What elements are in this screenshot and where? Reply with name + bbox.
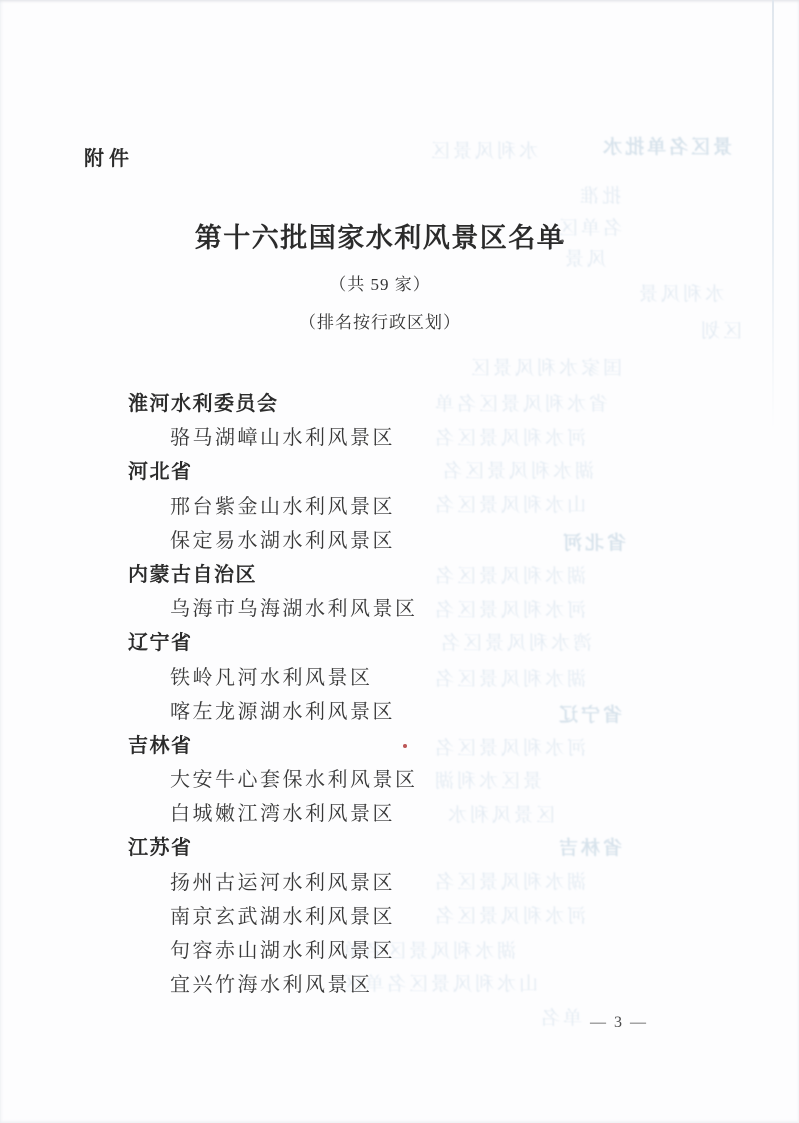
region-header: 河北省 — [128, 455, 688, 489]
scenic-area-item: 喀左龙源湖水利风景区 — [128, 695, 688, 729]
region-header: 辽宁省 — [128, 626, 688, 660]
region-header: 吉林省 — [128, 729, 688, 763]
subtitle-total-count: （共 59 家） — [0, 273, 760, 297]
red-ink-speck — [403, 744, 407, 748]
bleed-through-text: 水利风景区 — [428, 136, 538, 163]
scenic-area-item: 南京玄武湖水利风景区 — [128, 900, 688, 934]
scenic-area-item: 扬州古运河水利风景区 — [128, 866, 688, 900]
region-header: 淮河水利委员会 — [128, 387, 688, 421]
scenic-area-item: 宜兴竹海水利风景区 — [128, 968, 688, 1002]
scenic-area-list: 淮河水利委员会骆马湖嶂山水利风景区河北省邢台紫金山水利风景区保定易水湖水利风景区… — [128, 387, 688, 1002]
scenic-area-item: 邢台紫金山水利风景区 — [128, 490, 688, 524]
subtitle-ordering-note: （排名按行政区划） — [0, 311, 760, 335]
bleed-through-text: 批准 — [577, 181, 621, 208]
document-title: 第十六批国家水利风景区名单 — [0, 221, 760, 255]
scenic-area-item: 句容赤山湖水利风景区 — [128, 934, 688, 968]
scanned-document-page: 景区名单批水水利风景区批准名单区风景水利风景区划国家水利风景区省水利风景区名单河… — [0, 0, 799, 1123]
bleed-through-text: 国家水利风景区 — [468, 353, 622, 380]
region-header: 江苏省 — [128, 831, 688, 865]
scenic-area-item: 大安牛心套保水利风景区 — [128, 763, 688, 797]
region-header: 内蒙古自治区 — [128, 558, 688, 592]
scenic-area-item: 乌海市乌海湖水利风景区 — [128, 592, 688, 626]
scenic-area-item: 铁岭凡河水利风景区 — [128, 661, 688, 695]
scenic-area-item: 白城嫩江湾水利风景区 — [128, 797, 688, 831]
bleed-through-text: 景区名单批水 — [600, 132, 732, 159]
scenic-area-item: 保定易水湖水利风景区 — [128, 524, 688, 558]
page-number: — 3 — — [554, 1014, 684, 1032]
scenic-area-item: 骆马湖嶂山水利风景区 — [128, 421, 688, 455]
scan-crease-line — [772, 0, 774, 430]
attachment-label: 附件 — [84, 142, 134, 171]
